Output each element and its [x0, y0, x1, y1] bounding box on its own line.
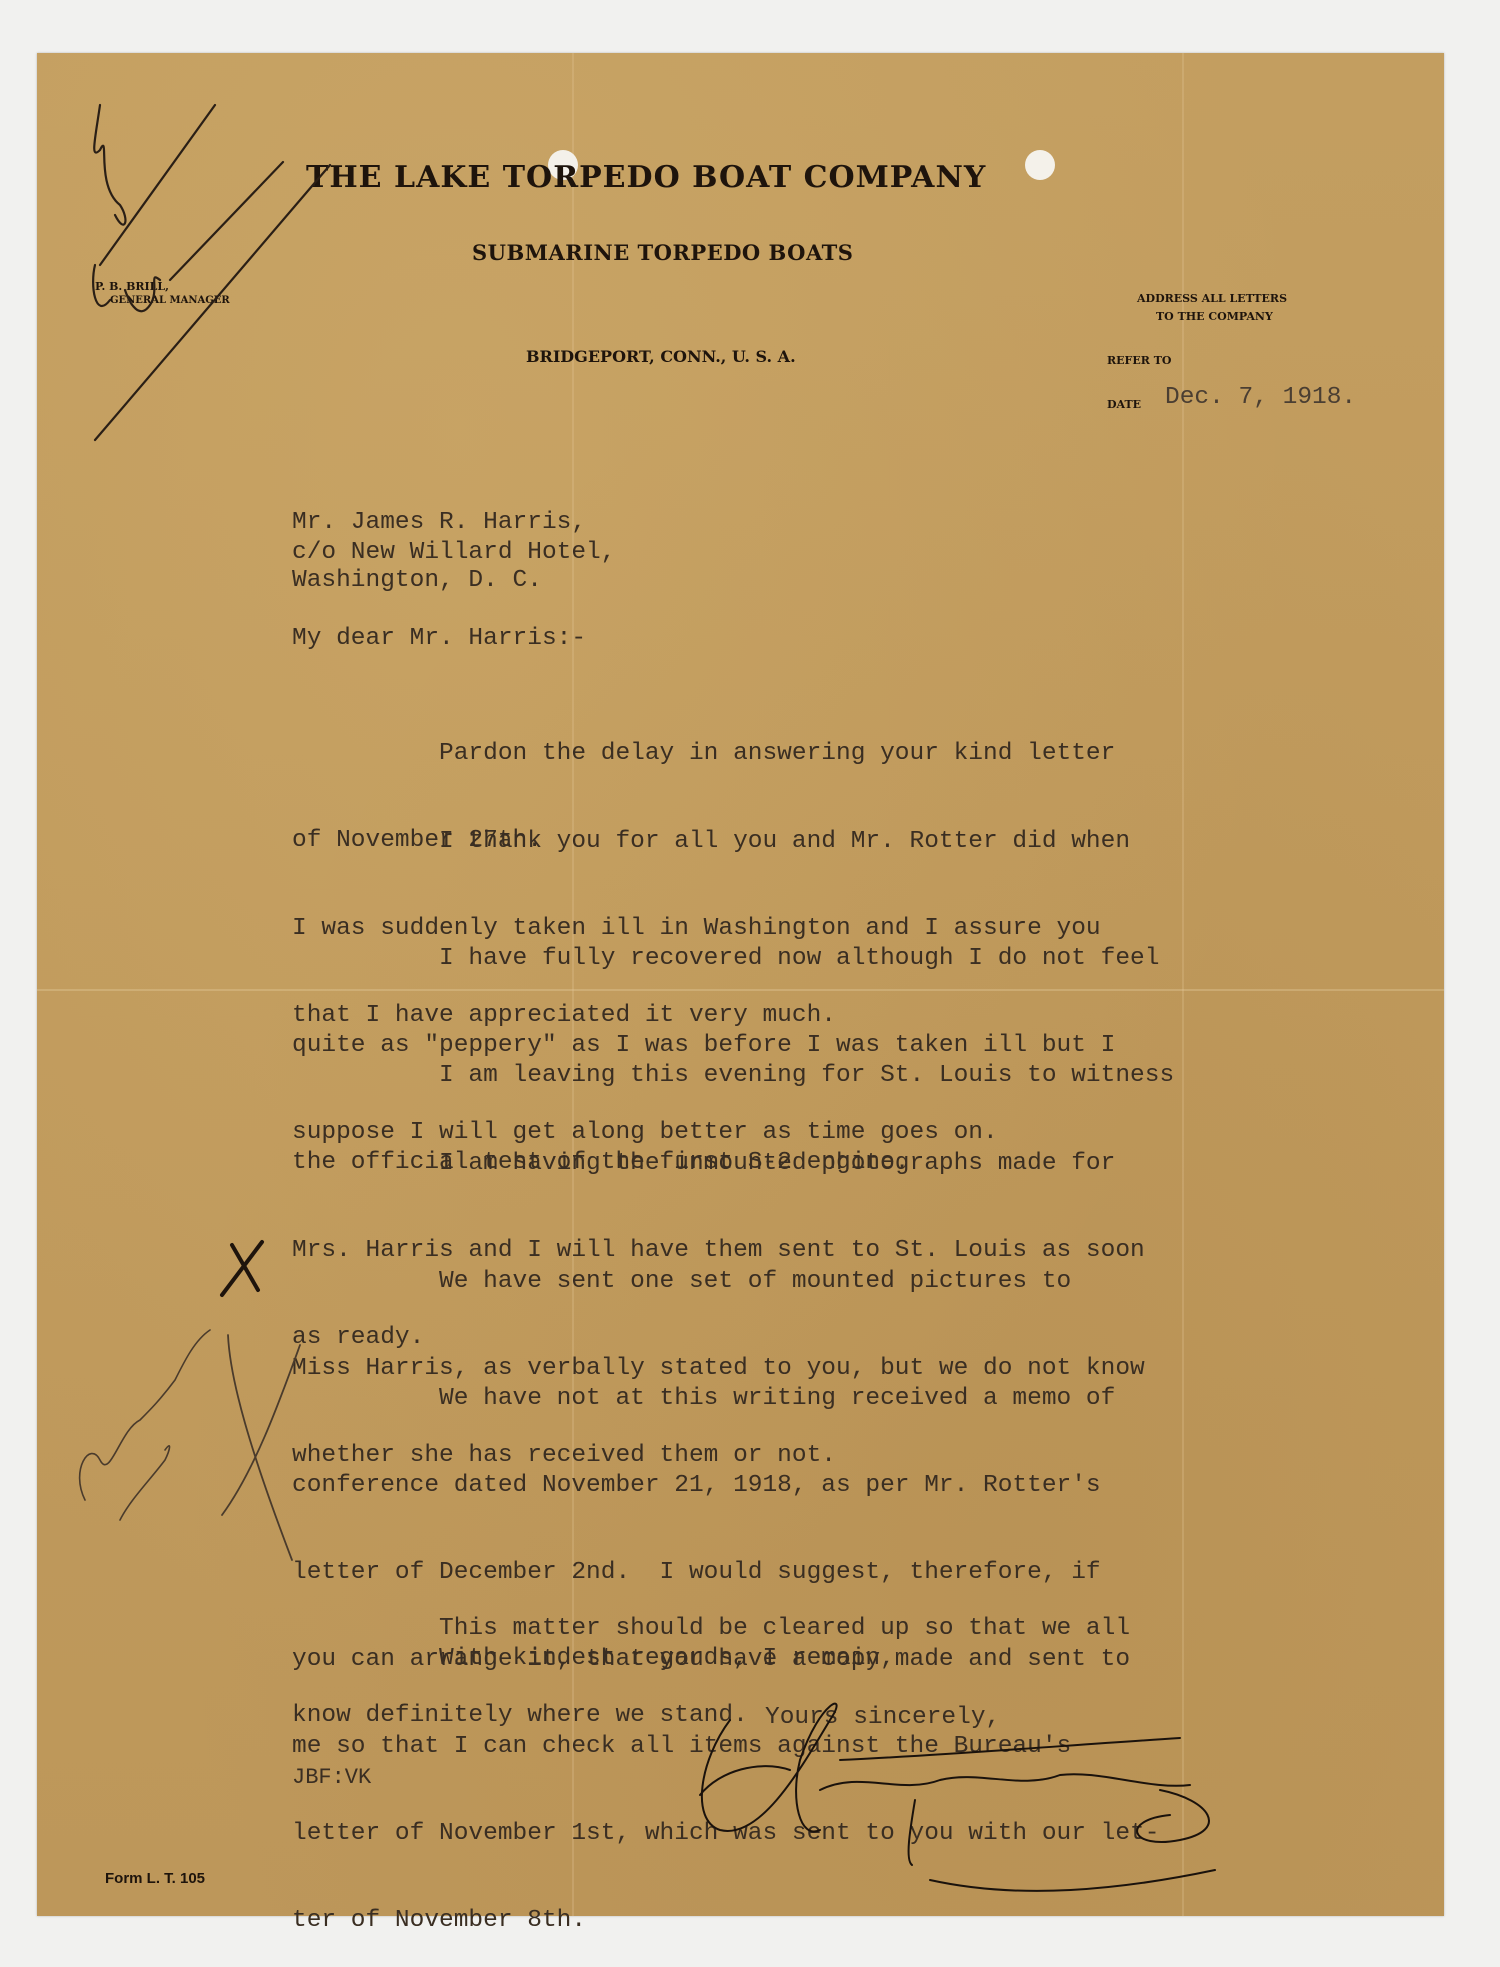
x-mark-icon — [222, 1335, 300, 1560]
margin-note-handwriting — [80, 1330, 210, 1520]
pencil-slash-icon — [93, 105, 330, 440]
signature — [700, 1704, 1215, 1891]
x-mark-icon — [222, 1242, 262, 1295]
handwriting-layer — [0, 0, 1500, 1967]
